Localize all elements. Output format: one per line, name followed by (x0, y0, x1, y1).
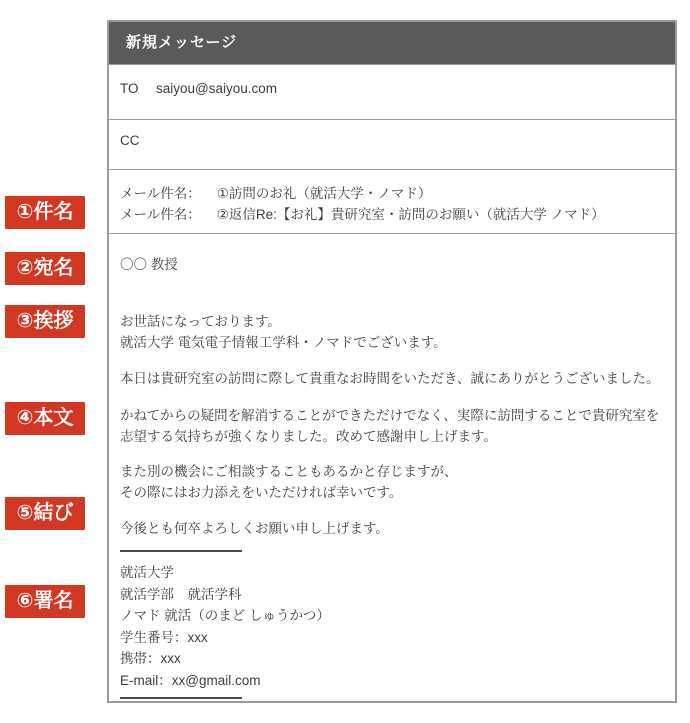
salutation-text: 〇〇 教授 (120, 254, 664, 275)
subject-option-1: メール件名： ①訪問のお礼（就活大学・ノマド） (120, 183, 664, 204)
compose-window-title: 新規メッセージ (126, 34, 237, 51)
annotation-badge-body: ④本文 (5, 402, 85, 435)
thanks-paragraph: 本日は貴研究室の訪問に際して貴重なお時間をいただき、誠にありがとうございました。 (120, 368, 664, 389)
signature-block: 就活大学 就活学部 就活学科 ノマド 就活（のまど しゅうかつ） 学生番号：xx… (120, 562, 664, 691)
signature-phone: 携帯：xxx (120, 648, 664, 670)
signature-name: ノマド 就活（のまど しゅうかつ） (120, 605, 664, 627)
annotation-badge-subject: ①件名 (5, 196, 85, 229)
request-paragraph: また別の機会にご相談することもあるかと存じますが、 その際にはお力添えをいただけ… (120, 461, 664, 503)
compose-window: 新規メッセージ TO saiyou@saiyou.com CC メール件名： ①… (107, 20, 677, 703)
signature-university: 就活大学 (120, 562, 664, 584)
request-line-1: また別の機会にご相談することもあるかと存じますが、 (120, 461, 664, 482)
greeting-line-2: 就活大学 電気電子情報工学科・ノマドでございます。 (120, 332, 664, 353)
subject-field[interactable]: メール件名： ①訪問のお礼（就活大学・ノマド） メール件名： ②返信Re:【お礼… (109, 169, 675, 233)
annotated-email-template: ①件名 ②宛名 ③挨拶 ④本文 ⑤結び ⑥署名 新規メッセージ TO saiyo… (0, 0, 690, 723)
main-paragraph: かねてからの疑問を解消することができただけでなく、実際に訪問することで貴研究室を… (120, 405, 664, 447)
annotation-badge-closing: ⑤結び (5, 497, 85, 530)
message-body-field[interactable]: 〇〇 教授 お世話になっております。 就活大学 電気電子情報工学科・ノマドでござ… (109, 233, 675, 703)
signature-student-id: 学生番号：xxx (120, 627, 664, 649)
signature-email: E-mail：xx@gmail.com (120, 670, 664, 692)
greeting-paragraph: お世話になっております。 就活大学 電気電子情報工学科・ノマドでございます。 (120, 311, 664, 353)
compose-window-titlebar: 新規メッセージ (109, 22, 675, 64)
subject-option-2: メール件名： ②返信Re:【お礼】貴研究室・訪問のお願い（就活大学 ノマド） (120, 204, 664, 225)
subject-label: メール件名： (120, 204, 201, 225)
closing-text: 今後とも何卒よろしくお願い申し上げます。 (120, 518, 664, 539)
to-label: TO (120, 81, 146, 119)
annotation-badge-signature: ⑥署名 (5, 585, 85, 618)
cc-label: CC (120, 133, 140, 148)
signature-faculty: 就活学部 就活学科 (120, 584, 664, 606)
cc-field[interactable]: CC (109, 119, 675, 169)
subject-value: ②返信Re:【お礼】貴研究室・訪問のお願い（就活大学 ノマド） (217, 204, 605, 225)
request-line-2: その際にはお力添えをいただければ幸いです。 (120, 482, 664, 503)
subject-value: ①訪問のお礼（就活大学・ノマド） (217, 183, 432, 204)
signature-divider-top (120, 550, 242, 552)
annotation-badge-addressee: ②宛名 (5, 252, 85, 285)
greeting-line-1: お世話になっております。 (120, 311, 664, 332)
to-field[interactable]: TO saiyou@saiyou.com (109, 64, 675, 119)
annotation-badge-greeting: ③挨拶 (5, 305, 85, 338)
to-value: saiyou@saiyou.com (156, 81, 277, 119)
signature-divider-bottom (120, 697, 242, 699)
subject-label: メール件名： (120, 183, 201, 204)
